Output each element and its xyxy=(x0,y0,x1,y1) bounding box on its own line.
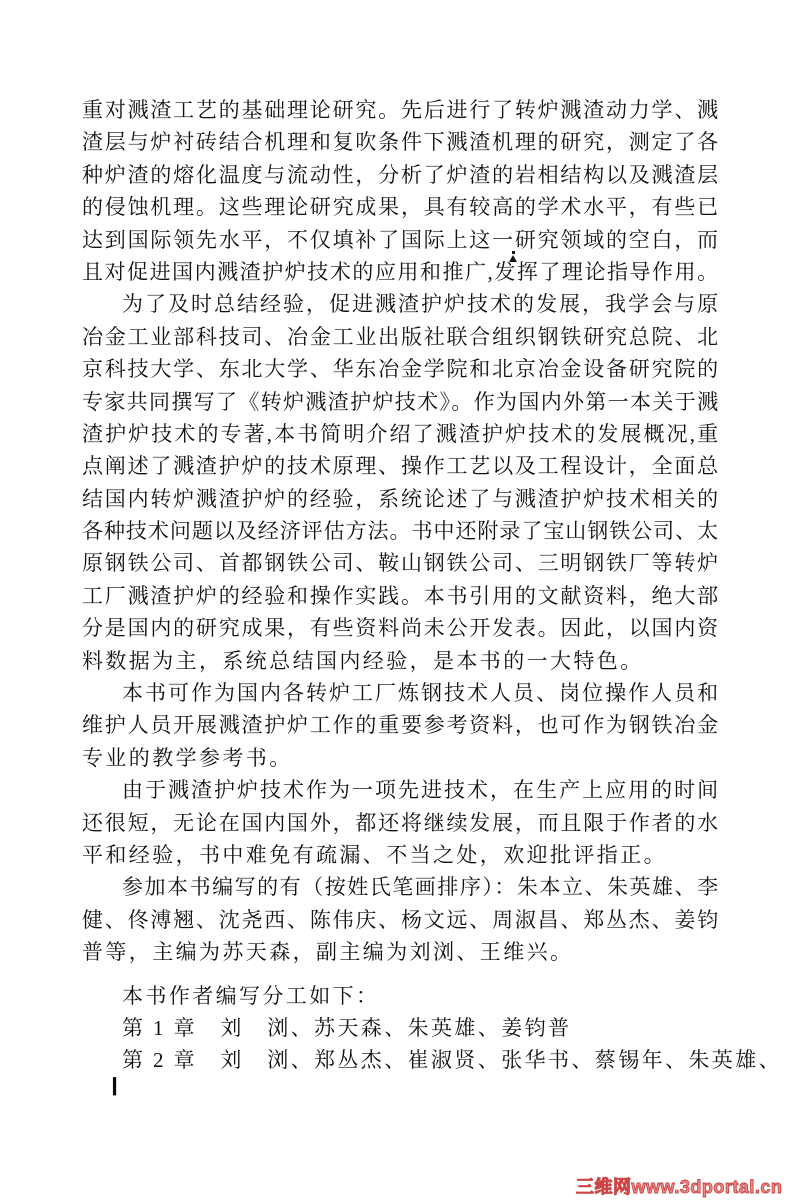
text-line: 且对促进国内溅渣护炉技术的应用和推广,发挥了理论指导作用。 xyxy=(82,256,719,288)
text-line: 第 1 章 刘 浏、苏天森、朱英雄、姜钧普 xyxy=(82,1012,719,1044)
text-line: 健、佟溥翘、沈尧西、陈伟庆、杨文远、周淑昌、郑丛杰、姜钧 xyxy=(82,904,719,936)
text-line: 本书作者编写分工如下： xyxy=(82,980,719,1012)
text-line: 重对溅渣工艺的基础理论研究。先后进行了转炉溅渣动力学、溅 xyxy=(82,94,719,126)
text-line: 京科技大学、东北大学、华东冶金学院和北京冶金设备研究院的 xyxy=(82,353,719,385)
text-line: 工厂溅渣护炉的经验和操作实践。本书引用的文献资料，绝大部 xyxy=(82,580,719,612)
scan-speck-icon xyxy=(509,251,518,262)
text-line: 渣护炉技术的专著,本书简明介绍了溅渣护炉技术的发展概况,重 xyxy=(82,418,719,450)
page-body: 重对溅渣工艺的基础理论研究。先后进行了转炉溅渣动力学、溅 渣层与炉衬砖结合机理和… xyxy=(82,94,719,1077)
text-line: 还很短，无论在国内国外，都还将继续发展，而且限于作者的水 xyxy=(82,807,719,839)
text-line: 为了及时总结经验，促进溅渣护炉技术的发展，我学会与原 xyxy=(82,288,719,320)
book-page: 重对溅渣工艺的基础理论研究。先后进行了转炉溅渣动力学、溅 渣层与炉衬砖结合机理和… xyxy=(0,0,801,1201)
text-line: 本书可作为国内各转炉工厂炼钢技术人员、岗位操作人员和 xyxy=(82,677,719,709)
text-line: 参加本书编写的有（按姓氏笔画排序）：朱本立、朱英雄、李 xyxy=(82,871,719,903)
text-line: 原钢铁公司、首都钢铁公司、鞍山钢铁公司、三明钢铁厂等转炉 xyxy=(82,547,719,579)
text-line: 达到国际领先水平，不仅填补了国际上这一研究领域的空白，而 xyxy=(82,224,719,256)
text-line: 料数据为主，系统总结国内经验，是本书的一大特色。 xyxy=(82,645,719,677)
text-line: 平和经验，书中难免有疏漏、不当之处，欢迎批评指正。 xyxy=(82,839,719,871)
text-line: 点阐述了溅渣护炉的技术原理、操作工艺以及工程设计，全面总 xyxy=(82,450,719,482)
text-line: 由于溅渣护炉技术作为一项先进技术，在生产上应用的时间 xyxy=(82,774,719,806)
text-line: 维护人员开展溅渣护炉工作的重要参考资料，也可作为钢铁冶金 xyxy=(82,709,719,741)
page-number: Ⅰ xyxy=(111,1073,118,1102)
text-line: 种炉渣的熔化温度与流动性，分析了炉渣的岩相结构以及溅渣层 xyxy=(82,159,719,191)
text-line: 第 2 章 刘 浏、郑丛杰、崔淑贤、张华书、蔡锡年、朱英雄、 xyxy=(82,1044,719,1076)
text-line: 专家共同撰写了《转炉溅渣护炉技术》。作为国内外第一本关于溅 xyxy=(82,386,719,418)
text-line: 专业的教学参考书。 xyxy=(82,742,719,774)
watermark: 三维网www.3dportal.cn xyxy=(576,1173,782,1199)
text-line: 冶金工业部科技司、冶金工业出版社联合组织钢铁研究总院、北 xyxy=(82,321,719,353)
text-line: 的侵蚀机理。这些理论研究成果，具有较高的学术水平，有些已 xyxy=(82,191,719,223)
text-line: 普等，主编为苏天森，副主编为刘浏、王维兴。 xyxy=(82,936,719,968)
text-line: 各种技术问题以及经济评估方法。书中还附录了宝山钢铁公司、太 xyxy=(82,515,719,547)
text-line: 渣层与炉衬砖结合机理和复吹条件下溅渣机理的研究，测定了各 xyxy=(82,126,719,158)
text-line: 分是国内的研究成果，有些资料尚未公开发表。因此，以国内资 xyxy=(82,612,719,644)
text-line: 结国内转炉溅渣护炉的经验，系统论述了与溅渣护炉技术相关的 xyxy=(82,483,719,515)
